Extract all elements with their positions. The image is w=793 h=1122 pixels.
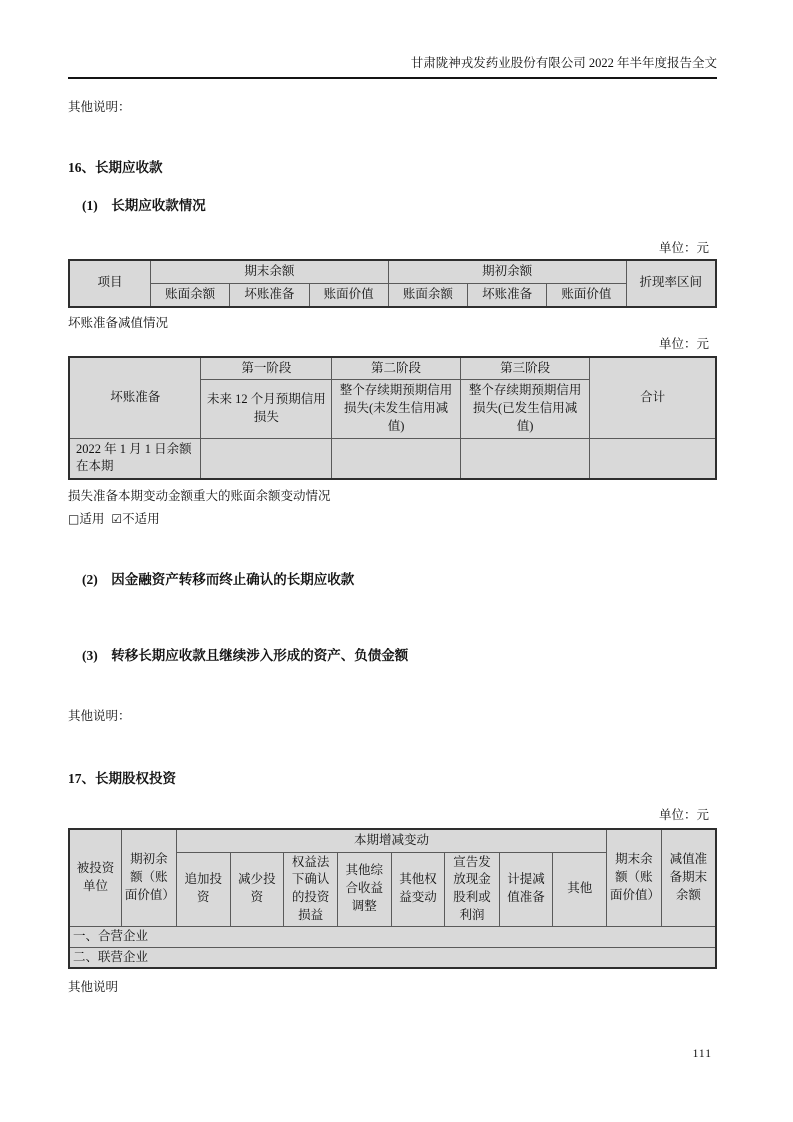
table-row: 2022 年 1 月 1 日余额在本期 <box>69 438 716 479</box>
other-note-top: 其他说明： <box>68 99 717 115</box>
other-note-middle: 其他说明： <box>68 708 717 724</box>
header-cell: 未来 12 个月预期信用损失 <box>201 380 332 438</box>
long-term-equity-investment-table: 被投资单位 期初余额（账面价值） 本期增减变动 期末余额（账面价值） 减值准备期… <box>68 828 717 969</box>
data-cell <box>332 438 461 479</box>
header-cell-item: 项目 <box>69 260 151 307</box>
applicable-label: 适用 <box>79 512 104 526</box>
header-cell: 坏账准备 <box>468 283 547 306</box>
bad-debt-stages-table: 坏账准备 第一阶段 第二阶段 第三阶段 合计 未来 12 个月预期信用损失 整个… <box>68 356 717 481</box>
header-cell: 其他综合收益调整 <box>337 852 391 926</box>
report-title: 甘肃陇神戎发药业股份有限公司 2022 年半年度报告全文 <box>411 56 717 70</box>
header-cell-stage1: 第一阶段 <box>201 357 332 380</box>
loss-provision-note: 损失准备本期变动金额重大的账面余额变动情况 <box>68 488 717 504</box>
header-cell-stage2: 第二阶段 <box>332 357 461 380</box>
header-cell: 减少投资 <box>230 852 284 926</box>
unit-label: 单位：元 <box>68 807 717 823</box>
table-row: 二、联营企业 <box>69 947 716 968</box>
header-cell: 账面价值 <box>547 283 626 306</box>
header-cell-begin-balance: 期初余额 <box>388 260 626 283</box>
section16-sub2-title: (2) 因金融资产转移而终止确认的长期应收款 <box>82 571 717 588</box>
section16-sub3-title: (3) 转移长期应收款且继续涉入形成的资产、负债金额 <box>82 647 717 664</box>
header-cell: 其他权益变动 <box>391 852 445 926</box>
header-cell: 坏账准备 <box>230 283 309 306</box>
other-note-bottom: 其他说明 <box>68 979 717 995</box>
data-cell <box>460 438 589 479</box>
header-cell: 整个存续期预期信用损失(已发生信用减值) <box>460 380 589 438</box>
header-cell-stage3: 第三阶段 <box>460 357 589 380</box>
header-cell: 权益法下确认的投资损益 <box>284 852 338 926</box>
header-cell-provision: 坏账准备 <box>69 357 201 439</box>
bad-debt-caption: 坏账准备减值情况 <box>68 315 717 331</box>
page-number: 111 <box>693 1048 712 1060</box>
unit-label: 单位：元 <box>68 336 717 352</box>
section16-title: 16、长期应收款 <box>68 159 717 176</box>
header-cell: 宣告发放现金股利或利润 <box>445 852 499 926</box>
table-row: 账面余额 坏账准备 账面价值 账面余额 坏账准备 账面价值 <box>69 283 716 306</box>
applicability-line: □适用☑不适用 <box>68 511 717 527</box>
table-row: 项目 期末余额 期初余额 折现率区间 <box>69 260 716 283</box>
section17-title: 17、长期股权投资 <box>68 770 717 787</box>
table-row: 一、合营企业 <box>69 926 716 947</box>
header-cell-end-balance: 期末余额（账面价值） <box>607 829 662 926</box>
header-cell: 账面价值 <box>309 283 388 306</box>
header-cell: 其他 <box>553 852 607 926</box>
not-applicable-label: 不适用 <box>122 512 160 526</box>
header-cell-changes-group: 本期增减变动 <box>176 829 606 852</box>
header-cell-begin-balance: 期初余额（账面价值） <box>121 829 176 926</box>
header-cell: 整个存续期预期信用损失(未发生信用减值) <box>332 380 461 438</box>
header-cell: 账面余额 <box>388 283 467 306</box>
page-header: 甘肃陇神戎发药业股份有限公司 2022 年半年度报告全文 <box>68 55 717 79</box>
header-cell-total: 合计 <box>590 357 716 439</box>
data-cell <box>201 438 332 479</box>
long-term-receivables-table: 项目 期末余额 期初余额 折现率区间 账面余额 坏账准备 账面价值 账面余额 坏… <box>68 259 717 308</box>
data-cell <box>590 438 716 479</box>
header-cell-discount-range: 折现率区间 <box>626 260 716 307</box>
table-row: 被投资单位 期初余额（账面价值） 本期增减变动 期末余额（账面价值） 减值准备期… <box>69 829 716 852</box>
header-cell-investee: 被投资单位 <box>69 829 121 926</box>
report-page: 甘肃陇神戎发药业股份有限公司 2022 年半年度报告全文 其他说明： 16、长期… <box>0 0 793 1122</box>
header-cell: 账面余额 <box>151 283 230 306</box>
checkbox-unchecked-icon: □ <box>68 512 79 526</box>
section16-sub1-title: (1) 长期应收款情况 <box>82 197 717 214</box>
checkbox-checked-icon: ☑ <box>111 512 122 526</box>
row-label-associates: 二、联营企业 <box>69 947 716 968</box>
row-label-cell: 2022 年 1 月 1 日余额在本期 <box>69 438 201 479</box>
unit-label: 单位：元 <box>68 240 717 256</box>
header-cell-impairment-end: 减值准备期末余额 <box>661 829 716 926</box>
header-cell: 追加投资 <box>176 852 230 926</box>
table-row: 坏账准备 第一阶段 第二阶段 第三阶段 合计 <box>69 357 716 380</box>
row-label-joint-ventures: 一、合营企业 <box>69 926 716 947</box>
header-cell: 计提减值准备 <box>499 852 553 926</box>
header-cell-end-balance: 期末余额 <box>151 260 389 283</box>
